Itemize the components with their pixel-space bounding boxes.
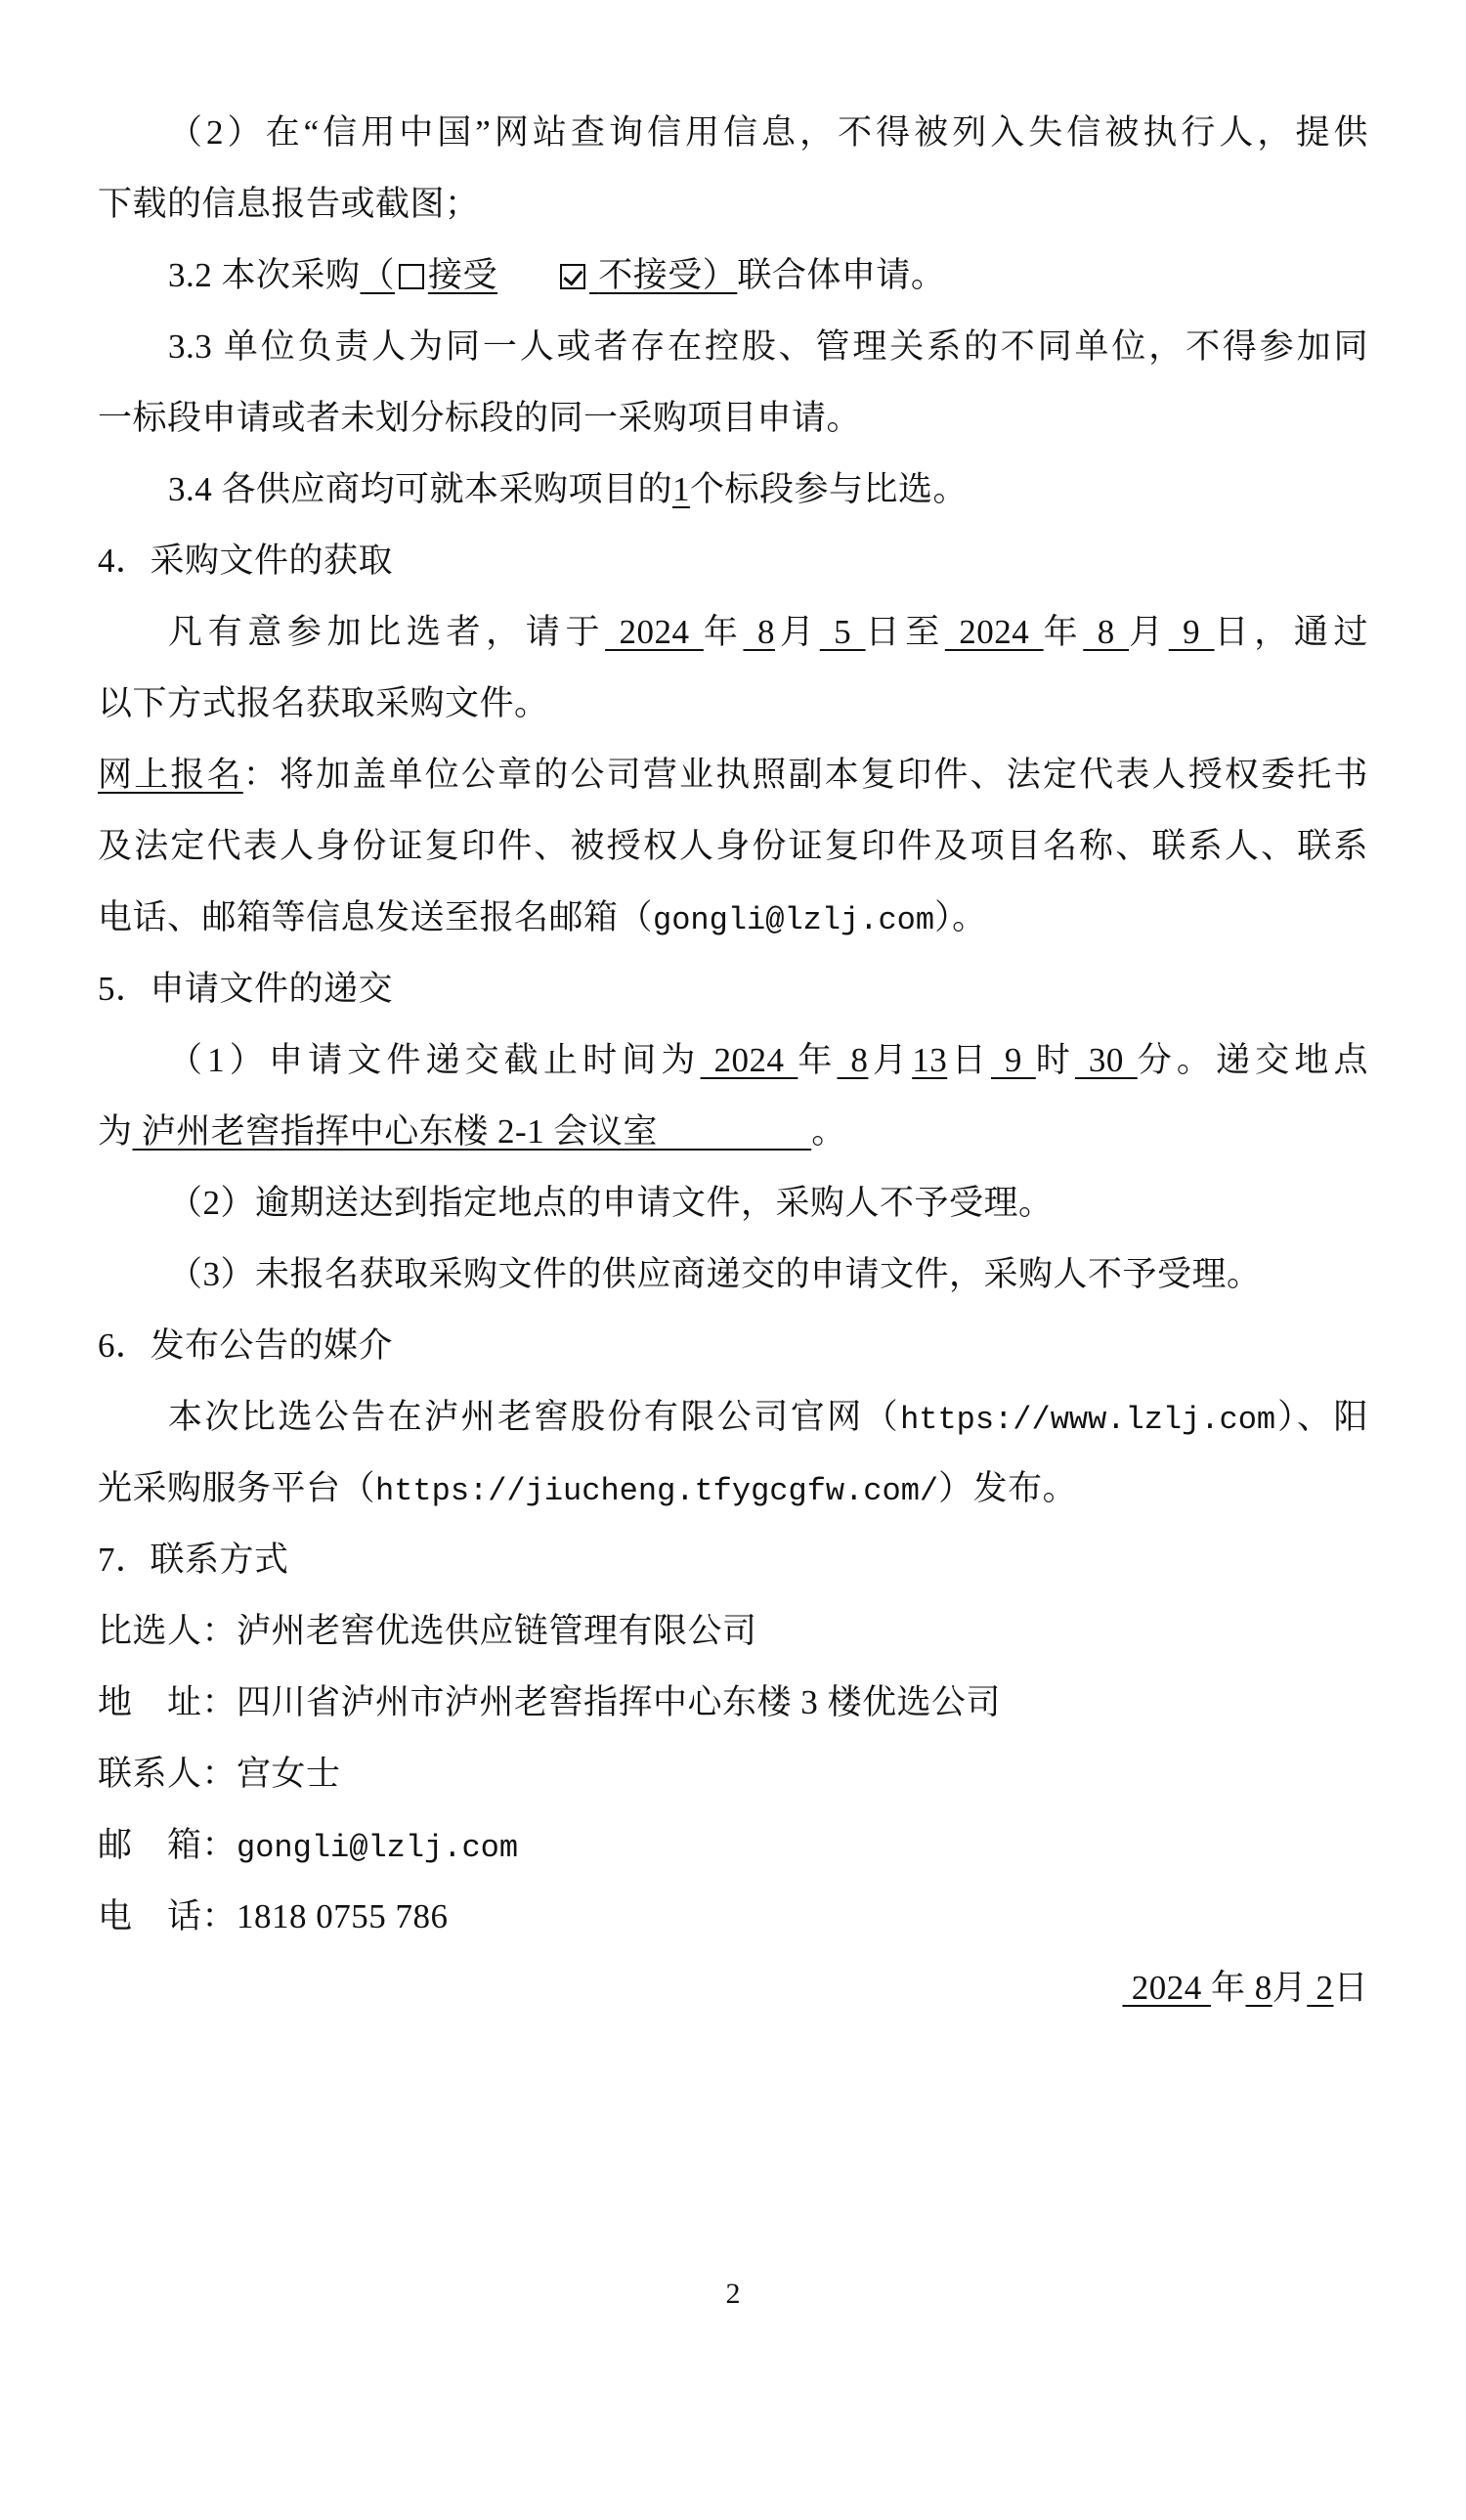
year-unit: 年 — [798, 1041, 837, 1079]
year-unit: 年 — [1211, 1969, 1246, 2007]
paragraph-text: 分。递交地点 — [1138, 1041, 1368, 1079]
clause-suffix: 个标段参与比选。 — [690, 470, 968, 508]
accept-label: 接受 — [428, 256, 497, 294]
contact-label: 地 址： — [98, 1683, 237, 1721]
contact-label: 邮 箱： — [98, 1826, 237, 1864]
accept-checkbox-icon — [399, 264, 424, 289]
reject-label: 不接受） — [598, 256, 737, 294]
paragraph-text: 电话、邮箱等信息发送至报名邮箱（ — [98, 898, 653, 936]
sec4-line2: 以下方式报名获取采购文件。 — [98, 668, 1368, 739]
sec3-3-line1: 3.3 单位负责人为同一人或者存在控股、管理关系的不同单位，不得参加同 — [168, 311, 1368, 382]
submission-location: 泸州老窖指挥中心东楼 2-1 会议室 — [133, 1112, 812, 1151]
paragraph-text: 以下方式报名获取采购文件。 — [98, 684, 549, 722]
sec6-heading: 6．发布公告的媒介 — [98, 1310, 1368, 1381]
joint-application-options: （接受 不接受） — [361, 256, 738, 294]
start-year: 2024 — [605, 613, 704, 651]
deadline-hour: 9 — [991, 1041, 1036, 1079]
year-unit: 年 — [1044, 613, 1084, 651]
sec4-online-line1: 网上报名：将加盖单位公章的公司营业执照副本复印件、法定代表人授权委托书 — [98, 739, 1368, 810]
deadline-year: 2024 — [701, 1041, 798, 1079]
hour-unit: 时 — [1036, 1041, 1075, 1079]
signoff-year: 2024 — [1122, 1969, 1211, 2007]
sec3-item2-line2: 下载的信息报告或截图； — [98, 168, 1368, 239]
sec5-heading: 5．申请文件的递交 — [98, 953, 1368, 1024]
company-website-link[interactable]: https://www.lzlj.com — [900, 1402, 1275, 1438]
clause-suffix: 联合体申请。 — [737, 256, 945, 294]
sec3-2-joint-application: 3.2 本次采购（接受 不接受）联合体申请。 — [168, 239, 1368, 311]
signoff-month: 8 — [1245, 1969, 1272, 2007]
sec4-online-line3: 电话、邮箱等信息发送至报名邮箱（gongli@lzlj.com）。 — [98, 882, 1368, 953]
procurement-platform-link[interactable]: https://jiucheng.tfygcgfw.com/ — [375, 1473, 938, 1509]
sec4-registration-period: 凡有意参加比选者，请于 2024 年 8月 5 日至 2024 年 8 月 9 … — [168, 596, 1368, 668]
section-heading: 6．发布公告的媒介 — [98, 1326, 393, 1365]
contact-value: 四川省泸州市泸州老窖指挥中心东楼 3 楼优选公司 — [237, 1683, 1001, 1721]
section-heading: 5．申请文件的递交 — [98, 970, 393, 1008]
paragraph-text: ，通过 — [1254, 613, 1368, 651]
contact-phone: 电 话：1818 0755 786 — [98, 1881, 1368, 1952]
contact-address: 地 址：四川省泸州市泸州老窖指挥中心东楼 3 楼优选公司 — [98, 1667, 1368, 1738]
sec5-deadline: （1）申请文件递交截止时间为 2024 年 8月13日 9 时 30 分。递交地… — [168, 1024, 1368, 1096]
month-unit: 月 — [1129, 613, 1169, 651]
contact-email: 邮 箱：gongli@lzlj.com — [98, 1809, 1368, 1881]
paragraph-text: 一标段申请或者未划分标段的同一采购项目申请。 — [98, 399, 861, 437]
sec4-heading: 4．采购文件的获取 — [98, 525, 1368, 596]
end-month: 8 — [1083, 613, 1129, 651]
sec5-location: 为 泸州老窖指挥中心东楼 2-1 会议室 。 — [98, 1096, 1368, 1167]
lot-count: 1 — [672, 470, 690, 508]
deadline-month: 8 — [838, 1041, 869, 1079]
deadline-minute: 30 — [1075, 1041, 1138, 1079]
start-day: 5 — [820, 613, 866, 651]
paragraph-text: 。 — [811, 1112, 846, 1151]
sec7-heading: 7．联系方式 — [98, 1524, 1368, 1595]
paragraph-text: （3）未报名获取采购文件的供应商递交的申请文件，采购人不予受理。 — [168, 1255, 1262, 1293]
month-unit: 月 — [868, 1041, 912, 1079]
day-unit: 日 — [947, 1041, 991, 1079]
paragraph-text: ）。 — [934, 898, 987, 936]
signoff-date: 2024 年 8月 2日 — [98, 1952, 1368, 2023]
contact-label: 电 话： — [98, 1897, 237, 1935]
day-unit: 日 — [1215, 613, 1255, 651]
day-to-unit: 日至 — [866, 613, 945, 651]
sec3-4: 3.4 各供应商均可就本采购项目的1个标段参与比选。 — [168, 454, 1368, 525]
sec3-item2-line1: （2）在“信用中国”网站查询信用信息，不得被列入失信被执行人，提供 — [168, 97, 1368, 168]
sec4-online-line2: 及法定代表人身份证复印件、被授权人身份证复印件及项目名称、联系人、联系 — [98, 810, 1368, 882]
contact-email-value[interactable]: gongli@lzlj.com — [237, 1830, 518, 1866]
day-unit: 日 — [1333, 1969, 1368, 2007]
start-month: 8 — [744, 613, 775, 651]
end-year: 2024 — [945, 613, 1044, 651]
year-unit: 年 — [704, 613, 744, 651]
signoff-day: 2 — [1307, 1969, 1333, 2007]
sec6-line1: 本次比选公告在泸州老窖股份有限公司官网（https://www.lzlj.com… — [168, 1381, 1368, 1453]
paragraph-text: 及法定代表人身份证复印件、被授权人身份证复印件及项目名称、联系人、联系 — [98, 827, 1368, 865]
section-heading: 4．采购文件的获取 — [98, 542, 393, 580]
paragraph-text: 为 — [98, 1112, 133, 1151]
paragraph-text: 本次比选公告在泸州老窖股份有限公司官网（ — [168, 1398, 900, 1436]
sec5-item2: （2）逾期送达到指定地点的申请文件，采购人不予受理。 — [168, 1167, 1368, 1238]
contact-person: 联系人：宫女士 — [98, 1738, 1368, 1809]
online-registration-label: 网上报名 — [98, 756, 243, 794]
month-unit: 月 — [775, 613, 820, 651]
end-day: 9 — [1169, 613, 1215, 651]
paragraph-text: 下载的信息报告或截图； — [98, 185, 480, 223]
reject-checkbox-checked-icon — [560, 264, 585, 289]
contact-value: 宫女士 — [237, 1755, 341, 1793]
open-paren: （ — [361, 256, 396, 294]
sec5-item3: （3）未报名获取采购文件的供应商递交的申请文件，采购人不予受理。 — [168, 1238, 1368, 1310]
paragraph-text: ）、阳 — [1275, 1398, 1368, 1436]
contact-label: 联系人： — [98, 1755, 237, 1793]
sec3-3-line2: 一标段申请或者未划分标段的同一采购项目申请。 — [98, 382, 1368, 454]
paragraph-text: （2）逾期送达到指定地点的申请文件，采购人不予受理。 — [168, 1184, 1054, 1222]
deadline-day: 13 — [912, 1041, 947, 1079]
page-number: 2 — [0, 2278, 1466, 2311]
section-heading: 7．联系方式 — [98, 1541, 289, 1579]
clause-prefix: 3.2 本次采购 — [168, 256, 361, 294]
clause-prefix: 3.4 各供应商均可就本采购项目的 — [168, 470, 672, 508]
paragraph-text: ）发布。 — [938, 1469, 1077, 1507]
contact-value: 泸州老窖优选供应链管理有限公司 — [237, 1612, 757, 1650]
contact-phone-value: 1818 0755 786 — [237, 1897, 449, 1935]
document-page: （2）在“信用中国”网站查询信用信息，不得被列入失信被执行人，提供 下载的信息报… — [0, 0, 1466, 2520]
paragraph-text: 凡有意参加比选者，请于 — [168, 613, 605, 651]
paragraph-text: （1）申请文件递交截止时间为 — [168, 1041, 701, 1079]
month-unit: 月 — [1272, 1969, 1308, 2007]
registration-email: gongli@lzlj.com — [653, 902, 934, 938]
paragraph-text: ：将加盖单位公章的公司营业执照副本复印件、法定代表人授权委托书 — [243, 756, 1368, 794]
sec6-line2: 光采购服务平台（https://jiucheng.tfygcgfw.com/）发… — [98, 1453, 1368, 1524]
paragraph-text: 光采购服务平台（ — [98, 1469, 375, 1507]
paragraph-text: 3.3 单位负责人为同一人或者存在控股、管理关系的不同单位，不得参加同 — [168, 327, 1368, 366]
paragraph-text: （2）在“信用中国”网站查询信用信息，不得被列入失信被执行人，提供 — [168, 113, 1368, 152]
contact-organizer: 比选人：泸州老窖优选供应链管理有限公司 — [98, 1595, 1368, 1667]
contact-label: 比选人： — [98, 1612, 237, 1650]
